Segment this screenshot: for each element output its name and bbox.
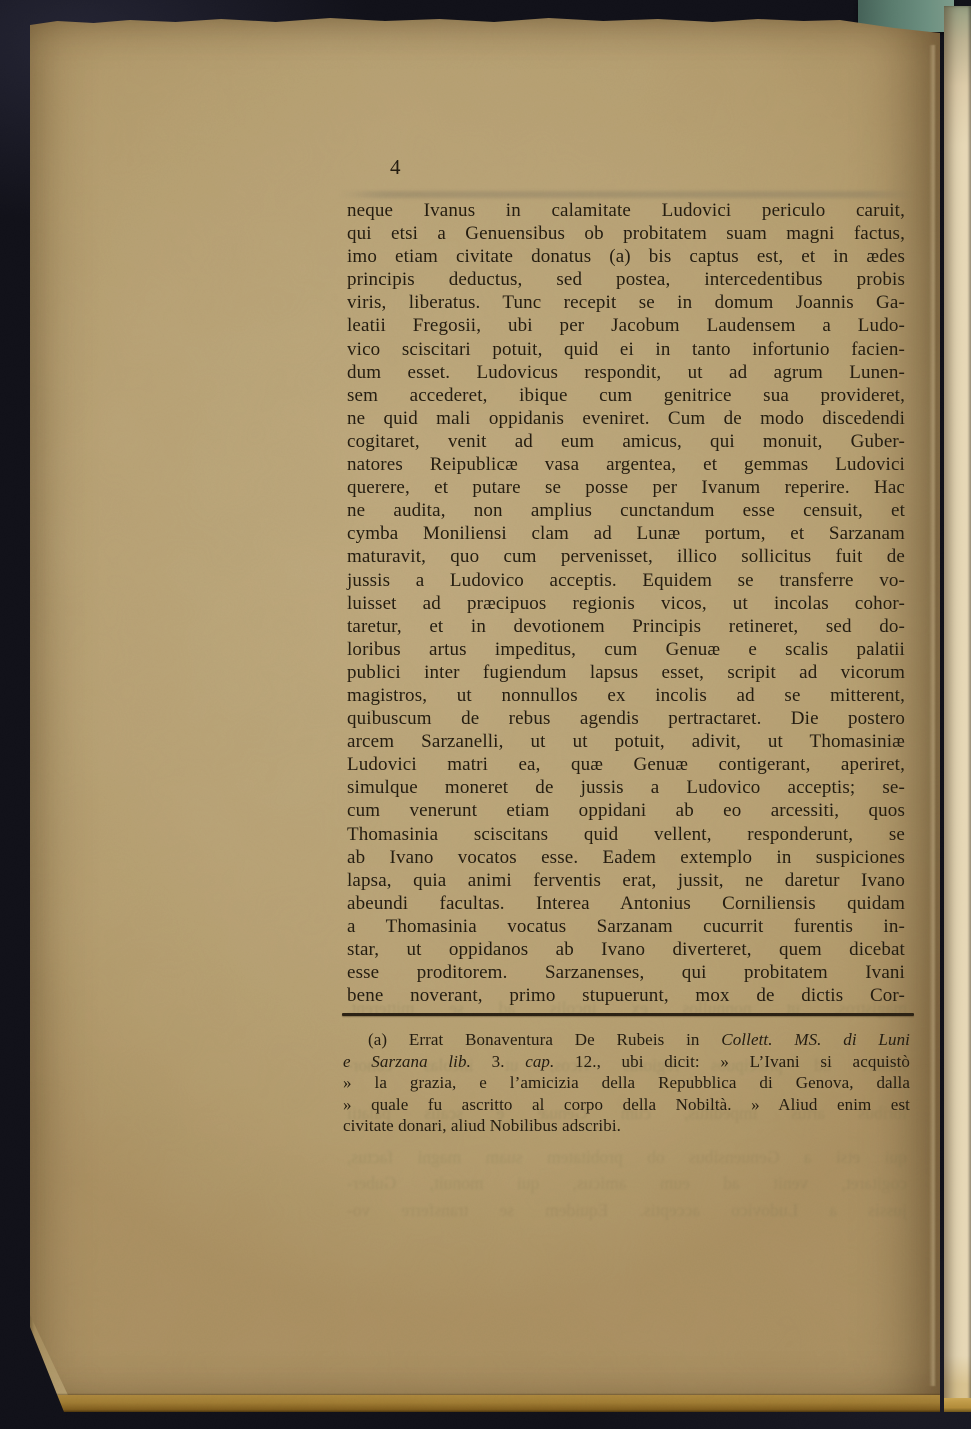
body-text-line: esse proditorem. Sarzanenses, qui probit…	[347, 961, 905, 984]
body-text-line: luisset ad præcipuos regionis vicos, ut …	[347, 592, 905, 615]
body-text-line: querere, et putare se posse per Ivanum r…	[347, 476, 905, 499]
gutter-edge-highlight	[929, 45, 937, 1386]
body-text-line: arcem Sarzanelli, ut ut potuit, adivit, …	[347, 730, 905, 753]
body-text-line: vico sciscitari potuit, quid ei in tanto…	[347, 338, 905, 361]
show-through-ghost: jussis a Ludovico acceptis. Equidem se t…	[347, 1200, 907, 1221]
footnote-text-segment: » la grazia, e l’amicizia della Repubbli…	[343, 1073, 910, 1092]
page-gilt-edge	[52, 1395, 940, 1412]
body-text-line: qui etsi a Genuensibus ob probitatem sua…	[347, 222, 905, 245]
scan-streak	[338, 191, 916, 198]
footnote-line: civitate donari, aliud Nobilibus adscrib…	[343, 1115, 910, 1137]
body-text-line: magistros, ut nonnullos ex incolis ad se…	[347, 684, 905, 707]
body-text-line: leatii Fregosii, ubi per Jacobum Laudens…	[347, 314, 905, 337]
footnote-line: (a) Errat Bonaventura De Rubeis in Colle…	[343, 1029, 910, 1051]
body-text: neque Ivanus in calamitate Ludovici peri…	[347, 199, 905, 1007]
adjacent-page-edge	[944, 6, 971, 1412]
footnote-text-segment: 12., ubi dicit: » L’Ivani si acquistò	[554, 1052, 910, 1071]
body-text-line: loribus artus impeditus, cum Genuæ e sca…	[347, 638, 905, 661]
body-text-line: taretur, et in devotionem Principis reti…	[347, 615, 905, 638]
footnote-line: e Sarzana lib. 3. cap. 12., ubi dicit: »…	[343, 1051, 910, 1073]
footnote-separator-rule	[342, 1013, 914, 1016]
body-text-line: Ludovici matri ea, quæ Genuæ contigerant…	[347, 753, 905, 776]
body-text-line: natores Reipublicæ vasa argentea, et gem…	[347, 453, 905, 476]
body-text-line: ne audita, non amplius cunctandum esse c…	[347, 499, 905, 522]
body-text-line: Thomasinia sciscitans quid vellent, resp…	[347, 823, 905, 846]
adjacent-page-gilt-edge	[944, 1398, 971, 1412]
body-text-line: jussis a Ludovico acceptis. Equidem se t…	[347, 569, 905, 592]
body-text-line: viris, liberatus. Tunc recepit se in dom…	[347, 291, 905, 314]
body-text-line: neque Ivanus in calamitate Ludovici peri…	[347, 199, 905, 222]
show-through-ghost: cogitaret, venit ad eum amicus, qui monu…	[347, 1173, 907, 1194]
body-text-line: abeundi facultas. Interea Antonius Corni…	[347, 892, 905, 915]
book-page: 4 magistros, ut nonnullos ex incolis ad …	[30, 15, 940, 1412]
body-text-line: quibuscum de rebus agendis pertractaret.…	[347, 707, 905, 730]
footnote-citation-italic: e Sarzana lib.	[343, 1052, 471, 1071]
body-text-line: simulque moneret de jussis a Ludovico ac…	[347, 776, 905, 799]
footnote-citation-italic: cap.	[525, 1052, 554, 1071]
body-text-line: dum esset. Ludovicus respondit, ut ad ag…	[347, 361, 905, 384]
show-through-ghost: qui etsi a Genuensibus ob probitatem sua…	[347, 1147, 907, 1168]
page-number: 4	[390, 155, 430, 180]
body-text-line: ab Ivano vocatos esse. Eadem extemplo in…	[347, 846, 905, 869]
footnote-text-segment: (a) Errat Bonaventura De Rubeis in	[368, 1030, 721, 1049]
body-text-line: imo etiam civitate donatus (a) bis captu…	[347, 245, 905, 268]
body-text-line: cogitaret, venit ad eum amicus, qui monu…	[347, 430, 905, 453]
body-text-line: lapsa, quia animi ferventis erat, jussit…	[347, 869, 905, 892]
body-text-line: star, ut oppidanos ab Ivano diverteret, …	[347, 938, 905, 961]
body-text-line: sem accederet, ibique cum genitrice sua …	[347, 384, 905, 407]
footnote: (a) Errat Bonaventura De Rubeis in Colle…	[343, 1029, 910, 1137]
body-text-line: bene noverant, primo stupuerunt, mox de …	[347, 984, 905, 1007]
body-text-line: publici inter fugiendum lapsus esset, sc…	[347, 661, 905, 684]
footnote-text-segment: 3.	[471, 1052, 525, 1071]
body-text-line: ne quid mali oppidanis eveniret. Cum de …	[347, 407, 905, 430]
footnote-text-segment: civitate donari, aliud Nobilibus adscrib…	[343, 1116, 621, 1135]
footnote-line: » quale fu ascritto al corpo della Nobil…	[343, 1094, 910, 1116]
footnote-line: » la grazia, e l’amicizia della Repubbli…	[343, 1072, 910, 1094]
body-text-line: principis deductus, sed postea, interced…	[347, 268, 905, 291]
body-text-line: cymba Moniliensi clam ad Lunæ portum, et…	[347, 522, 905, 545]
body-text-line: maturavit, quo cum pervenisset, illico s…	[347, 545, 905, 568]
footnote-citation-italic: Collett. MS. di Luni	[721, 1030, 910, 1049]
footnote-text-segment: » quale fu ascritto al corpo della Nobil…	[343, 1095, 910, 1114]
body-text-line: cum venerunt etiam oppidani ab eo arcess…	[347, 799, 905, 822]
body-text-line: a Thomasinia vocatus Sarzanam cucurrit f…	[347, 915, 905, 938]
